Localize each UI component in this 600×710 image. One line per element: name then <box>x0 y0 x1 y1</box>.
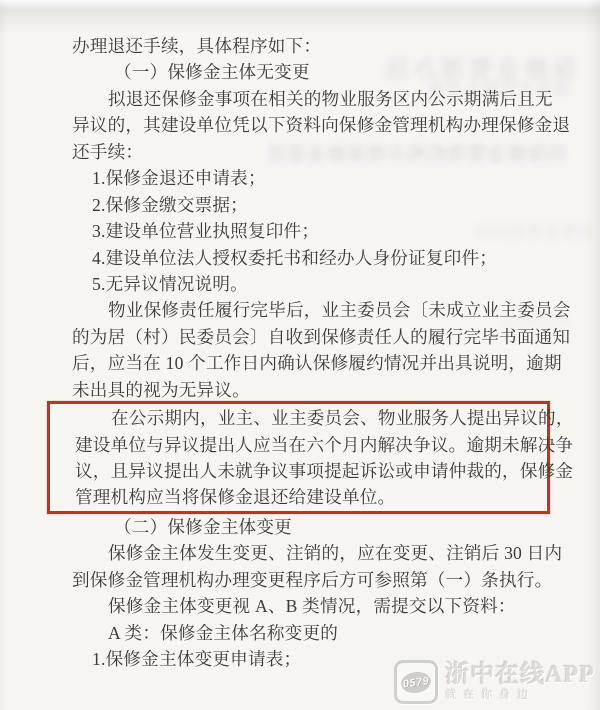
app-logo-icon: 0579 <box>394 660 438 704</box>
watermark: 0579 浙中在线APP 就在你身边 <box>394 660 595 704</box>
highlighted-text-line: 议，且异议提出人未就争议事项提起诉讼或申请仲裁的，保修金 <box>75 458 547 484</box>
watermark-subtitle: 就在你身边 <box>445 690 595 701</box>
watermark-text: 浙中在线APP 就在你身边 <box>445 663 595 701</box>
highlighted-text-line: 管理机构应当将保修金退还给建设单位。 <box>75 484 547 510</box>
text-line: 还手续： <box>72 139 550 165</box>
text-line: 保修金主体变更视 A、B 类情况，需提交以下资料： <box>72 593 550 619</box>
text-line: 保修金主体发生变更、注销的，应在变更、注销后 30 日内 <box>72 540 550 566</box>
badge-number: 0579 <box>402 674 430 690</box>
list-item: 5.无异议情况说明。 <box>72 271 550 297</box>
text-line: 物业保修责任履行完毕后，业主委员会〔未成立业主委员会 <box>72 297 550 323</box>
text-line: 办理退还手续，具体程序如下： <box>72 33 550 59</box>
document-page: 办理退还手续，具体程序如下： （一）保修金主体无变更 拟退还保修金事项在相关的物… <box>72 33 550 673</box>
text-line: 异议的，其建设单位凭以下资料向保修金管理机构办理保修金退 <box>72 112 550 138</box>
text-line: A 类：保修金主体名称变更的 <box>72 620 550 646</box>
text-line: 的为居（村）民委员会〕自收到保修责任人的履行完毕书面通知 <box>72 324 550 350</box>
list-item: 3.建设单位营业执照复印件； <box>72 218 550 244</box>
text-line: 后，应当在 10 个工作日内确认保修履约情况并出具说明，逾期 <box>72 350 550 376</box>
scan-right-shading <box>586 0 600 710</box>
section-heading: （一）保修金主体无变更 <box>72 59 550 85</box>
list-item: 2.保修金缴交票据； <box>72 192 550 218</box>
list-item: 1.保修金退还申请表； <box>72 165 550 191</box>
highlighted-text-line: 在公示期内，业主、业主委员会、物业服务人提出异议的， <box>75 405 547 431</box>
text-line: 拟退还保修金事项在相关的物业服务区内公示期满后且无 <box>72 86 550 112</box>
globe-badge-icon: 0579 <box>399 668 434 695</box>
section-heading: （二）保修金主体变更 <box>72 514 550 540</box>
highlighted-text-line: 建设单位与异议提出人应当在六个月内解决争议。逾期未解决争 <box>75 432 547 458</box>
scan-left-shading <box>0 0 8 710</box>
watermark-title: 浙中在线APP <box>445 663 595 687</box>
highlight-box: 在公示期内，业主、业主委员会、物业服务人提出异议的， 建设单位与异议提出人应当在… <box>47 401 550 514</box>
text-line: 未出具的视为无异议。 <box>72 377 550 403</box>
list-item: 4.建设单位法人授权委托书和经办人身份证复印件； <box>72 245 550 271</box>
scan-top-shading <box>0 0 600 34</box>
text-line: 到保修金管理机构办理变更程序后方可参照第（一）条执行。 <box>72 567 550 593</box>
